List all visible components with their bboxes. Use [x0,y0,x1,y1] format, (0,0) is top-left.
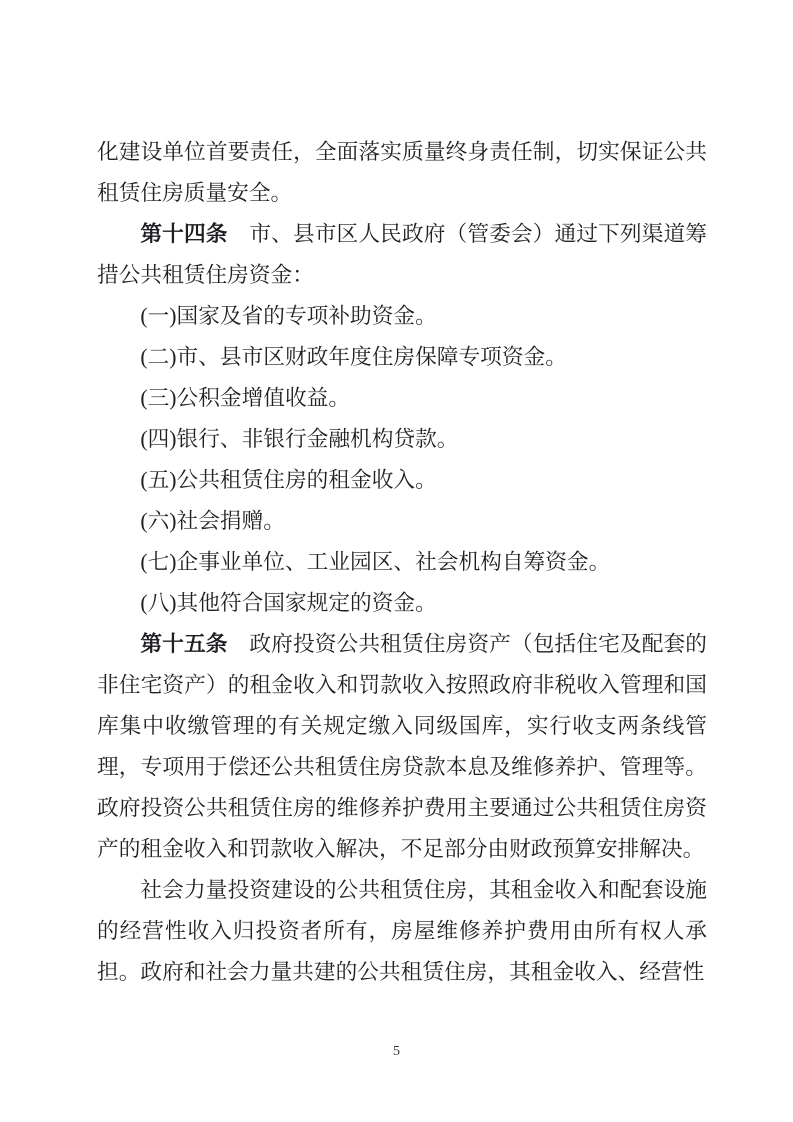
document-page: 化建设单位首要责任，全面落实质量终身责任制，切实保证公共租赁住房质量安全。 第十… [0,0,793,1122]
paragraph-article-14: 第十四条 市、县市区人民政府（管委会）通过下列渠道筹措公共租赁住房资金： [97,214,707,296]
page-number: 5 [393,1044,400,1059]
paragraph-social-investment: 社会力量投资建设的公共租赁住房，其租金收入和配套设施的经营性收入归投资者所有，房… [97,870,707,993]
paragraph-continuation: 化建设单位首要责任，全面落实质量终身责任制，切实保证公共租赁住房质量安全。 [97,132,707,214]
list-item-3: (三)公积金增值收益。 [97,378,707,419]
page-footer: 5 [0,1042,793,1062]
article-number-label: 第十五条 [140,632,227,656]
document-body: 化建设单位首要责任，全面落实质量终身责任制，切实保证公共租赁住房质量安全。 第十… [97,132,707,993]
paragraph-article-15: 第十五条 政府投资公共租赁住房资产（包括住宅及配套的非住宅资产）的租金收入和罚款… [97,624,707,870]
list-item-1: (一)国家及省的专项补助资金。 [97,296,707,337]
list-item-4: (四)银行、非银行金融机构贷款。 [97,419,707,460]
list-item-7: (七)企事业单位、工业园区、社会机构自筹资金。 [97,542,707,583]
list-item-2: (二)市、县市区财政年度住房保障专项资金。 [97,337,707,378]
paragraph-text: 政府投资公共租赁住房资产（包括住宅及配套的非住宅资产）的租金收入和罚款收入按照政… [97,632,707,861]
list-item-5: (五)公共租赁住房的租金收入。 [97,460,707,501]
list-item-6: (六)社会捐赠。 [97,501,707,542]
article-number-label: 第十四条 [140,222,227,246]
list-item-8: (八)其他符合国家规定的资金。 [97,583,707,624]
